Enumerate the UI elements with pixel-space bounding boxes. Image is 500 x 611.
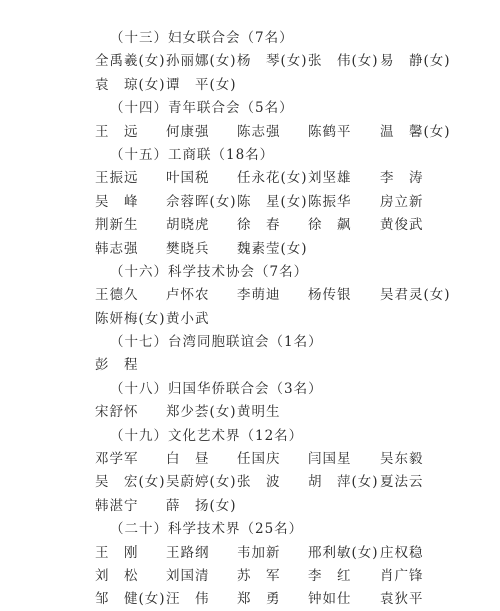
member-name: 张 波: [237, 471, 281, 494]
section-count: （12名）: [241, 428, 304, 444]
member-name: 郑 勇: [237, 588, 281, 611]
member-name: 汪 伟: [166, 588, 210, 611]
member-name: 杨 琴(女): [237, 50, 308, 73]
section-count: （3名）: [270, 381, 323, 397]
name-row: 韩湛宁薛 扬(女): [0, 495, 500, 518]
member-name: 吴君灵(女): [380, 284, 451, 307]
member-name: 荆新生: [95, 214, 139, 237]
member-name: 吴蔚婷(女): [166, 471, 237, 494]
member-name: 袁狄平: [380, 588, 424, 611]
member-name: 吴 峰: [95, 191, 139, 214]
section-number: （十八）: [110, 381, 168, 397]
member-name: 邓学军: [95, 448, 139, 471]
member-name: 黄俊武: [380, 214, 424, 237]
member-name: 吴东毅: [380, 448, 424, 471]
member-name: 陈志强: [237, 121, 281, 144]
section-header: （十四）青年联合会（5名）: [0, 97, 500, 120]
name-row: 邹 健(女)汪 伟郑 勇钟如仕袁狄平: [0, 588, 500, 611]
section-count: （7名）: [255, 264, 308, 280]
section-number: （二十）: [110, 521, 168, 537]
name-row: 全禹羲(女)孙丽娜(女)杨 琴(女)张 伟(女)易 静(女): [0, 50, 500, 73]
member-name: 王德久: [95, 284, 139, 307]
section-count: （7名）: [241, 30, 294, 46]
member-name: 袁 琼(女): [95, 74, 166, 97]
section-header: （十八）归国华侨联合会（3名）: [0, 378, 500, 401]
section-count: （25名）: [241, 521, 304, 537]
member-list-document: （十三）妇女联合会（7名）全禹羲(女)孙丽娜(女)杨 琴(女)张 伟(女)易 静…: [0, 27, 500, 611]
member-name: 闫国星: [308, 448, 352, 471]
member-name: 陈鹤平: [308, 121, 352, 144]
member-name: 刘坚雄: [308, 167, 352, 190]
member-name: 魏素莹(女): [237, 238, 308, 261]
member-name: 佘蓉晖(女): [166, 191, 237, 214]
section-org: 科学技术协会: [168, 264, 255, 280]
member-name: 韩湛宁: [95, 495, 139, 518]
name-row: 吴 峰佘蓉晖(女)陈 星(女)陈振华房立新: [0, 191, 500, 214]
section-org: 工商联: [168, 147, 212, 163]
section-header: （十九）文化艺术界（12名）: [0, 425, 500, 448]
section-number: （十五）: [110, 147, 168, 163]
member-name: 邢利敏(女): [308, 542, 379, 565]
member-name: 房立新: [380, 191, 424, 214]
member-name: 苏 军: [237, 565, 281, 588]
member-name: 黄明生: [237, 401, 281, 424]
name-row: 宋舒怀郑少荟(女)黄明生: [0, 401, 500, 424]
section-number: （十七）: [110, 334, 168, 350]
member-name: 任永花(女): [237, 167, 308, 190]
section-header: （十六）科学技术协会（7名）: [0, 261, 500, 284]
member-name: 卢怀农: [166, 284, 210, 307]
name-row: 邓学军白 昼任国庆闫国星吴东毅: [0, 448, 500, 471]
member-name: 薛 扬(女): [166, 495, 237, 518]
member-name: 郑少荟(女): [166, 401, 237, 424]
member-name: 叶国税: [166, 167, 210, 190]
member-name: 白 昼: [166, 448, 210, 471]
name-row: 刘 松刘国清苏 军李 红肖广锋: [0, 565, 500, 588]
section-header: （十五）工商联（18名）: [0, 144, 500, 167]
member-name: 陈 星(女): [237, 191, 308, 214]
section-number: （十六）: [110, 264, 168, 280]
section-number: （十四）: [110, 100, 168, 116]
member-name: 韩志强: [95, 238, 139, 261]
member-name: 李 涛: [380, 167, 424, 190]
section-org: 妇女联合会: [168, 30, 241, 46]
section-org: 归国华侨联合会: [168, 381, 270, 397]
section-header: （十三）妇女联合会（7名）: [0, 27, 500, 50]
member-name: 全禹羲(女): [95, 50, 166, 73]
member-name: 李 红: [308, 565, 352, 588]
name-row: 袁 琼(女)谭 平(女): [0, 74, 500, 97]
member-name: 杨传银: [308, 284, 352, 307]
name-row: 荆新生胡晓虎徐 春徐 飙黄俊武: [0, 214, 500, 237]
member-name: 庄权稳: [380, 542, 424, 565]
member-name: 胡 萍(女): [308, 471, 379, 494]
member-name: 宋舒怀: [95, 401, 139, 424]
name-row: 王振远叶国税任永花(女)刘坚雄李 涛: [0, 167, 500, 190]
section-number: （十三）: [110, 30, 168, 46]
member-name: 李萌迪: [237, 284, 281, 307]
section-count: （1名）: [270, 334, 323, 350]
name-row: 吴 宏(女)吴蔚婷(女)张 波胡 萍(女)夏法云: [0, 471, 500, 494]
member-name: 吴 宏(女): [95, 471, 166, 494]
section-org: 文化艺术界: [168, 428, 241, 444]
member-name: 陈振华: [308, 191, 352, 214]
name-row: 陈妍梅(女)黄小武: [0, 308, 500, 331]
member-name: 王路纲: [166, 542, 210, 565]
name-row: 彭 程: [0, 354, 500, 377]
member-name: 徐 飙: [308, 214, 352, 237]
member-name: 韦加新: [237, 542, 281, 565]
section-number: （十九）: [110, 428, 168, 444]
member-name: 王 远: [95, 121, 139, 144]
section-header: （十七）台湾同胞联谊会（1名）: [0, 331, 500, 354]
section-org: 青年联合会: [168, 100, 241, 116]
member-name: 夏法云: [380, 471, 424, 494]
member-name: 肖广锋: [380, 565, 424, 588]
name-row: 王 远何康强陈志强陈鹤平温 馨(女): [0, 121, 500, 144]
member-name: 张 伟(女): [308, 50, 379, 73]
member-name: 邹 健(女): [95, 588, 166, 611]
section-org: 台湾同胞联谊会: [168, 334, 270, 350]
member-name: 彭 程: [95, 354, 139, 377]
member-name: 徐 春: [237, 214, 281, 237]
member-name: 钟如仕: [308, 588, 352, 611]
member-name: 任国庆: [237, 448, 281, 471]
member-name: 黄小武: [166, 308, 210, 331]
section-header: （二十）科学技术界（25名）: [0, 518, 500, 541]
member-name: 易 静(女): [380, 50, 451, 73]
member-name: 温 馨(女): [380, 121, 451, 144]
section-org: 科学技术界: [168, 521, 241, 537]
member-name: 王振远: [95, 167, 139, 190]
member-name: 樊晓兵: [166, 238, 210, 261]
member-name: 刘 松: [95, 565, 139, 588]
member-name: 王 刚: [95, 542, 139, 565]
member-name: 刘国清: [166, 565, 210, 588]
member-name: 胡晓虎: [166, 214, 210, 237]
name-row: 韩志强樊晓兵魏素莹(女): [0, 238, 500, 261]
member-name: 陈妍梅(女): [95, 308, 166, 331]
member-name: 何康强: [166, 121, 210, 144]
section-count: （18名）: [212, 147, 275, 163]
member-name: 谭 平(女): [166, 74, 237, 97]
member-name: 孙丽娜(女): [166, 50, 237, 73]
name-row: 王 刚王路纲韦加新邢利敏(女)庄权稳: [0, 542, 500, 565]
name-row: 王德久卢怀农李萌迪杨传银吴君灵(女): [0, 284, 500, 307]
section-count: （5名）: [241, 100, 294, 116]
